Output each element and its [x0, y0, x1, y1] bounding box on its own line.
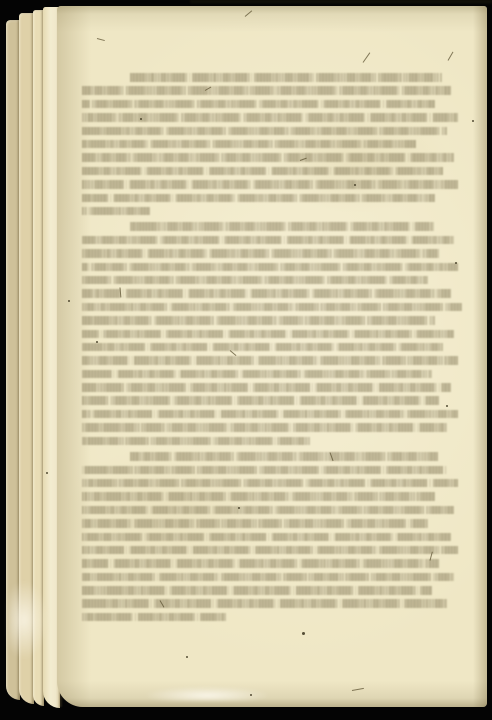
show-through-text-line [82, 263, 458, 272]
show-through-text-line [82, 492, 435, 501]
dust-speck [302, 632, 305, 635]
show-through-text-line [82, 100, 435, 109]
show-through-paragraph [82, 73, 462, 215]
show-through-text-line [82, 249, 439, 258]
show-through-text-line [82, 519, 428, 528]
show-through-text-line [82, 289, 451, 298]
dust-speck [238, 507, 240, 509]
show-through-text-line [82, 370, 432, 379]
show-through-text-line [82, 194, 435, 203]
show-through-text-line [82, 559, 439, 568]
dust-speck [472, 120, 474, 122]
show-through-text-line [82, 127, 447, 136]
show-through-text-line [82, 613, 226, 622]
dust-speck [354, 184, 356, 186]
show-through-text-line [82, 343, 443, 352]
dust-speck [455, 262, 457, 264]
show-through-text-line [82, 86, 451, 95]
show-through-paragraph [82, 222, 462, 445]
show-through-text-line [82, 410, 458, 419]
show-through-text-line [130, 73, 442, 82]
show-through-text-line [82, 396, 439, 405]
show-through-text-line [82, 356, 458, 365]
show-through-text-line [82, 113, 458, 122]
show-through-text-line [82, 330, 454, 339]
show-through-text-line [82, 207, 150, 216]
book-page [57, 6, 487, 707]
show-through-text-line [82, 153, 454, 162]
show-through-text-block [82, 73, 462, 626]
page-bottom-worn-highlight [147, 687, 267, 701]
page-stack-worn-patch [8, 580, 48, 660]
dust-speck [186, 656, 188, 658]
scanned-document-photo [0, 0, 492, 720]
show-through-text-line [82, 506, 454, 515]
show-through-text-line [82, 303, 462, 312]
show-through-text-line [82, 167, 443, 176]
dust-speck [46, 472, 48, 474]
show-through-paragraph [82, 452, 462, 621]
show-through-text-line [82, 276, 428, 285]
show-through-text-line [82, 573, 454, 582]
show-through-text-line [130, 222, 434, 231]
dust-speck [250, 694, 252, 696]
show-through-text-line [130, 452, 438, 461]
dust-speck [96, 341, 98, 343]
show-through-text-line [82, 479, 458, 488]
show-through-text-line [82, 236, 454, 245]
dust-speck [68, 300, 70, 302]
show-through-text-line [82, 586, 432, 595]
show-through-text-line [82, 383, 451, 392]
show-through-text-line [82, 140, 416, 149]
scan-top-shadow [190, 0, 492, 5]
show-through-text-line [82, 423, 447, 432]
show-through-text-line [82, 180, 458, 189]
show-through-text-line [82, 546, 458, 555]
dust-speck [140, 118, 142, 120]
show-through-text-line [82, 437, 310, 446]
dust-speck [446, 405, 448, 407]
show-through-text-line [82, 466, 447, 475]
show-through-text-line [82, 599, 447, 608]
show-through-text-line [82, 316, 435, 325]
show-through-text-line [82, 533, 451, 542]
